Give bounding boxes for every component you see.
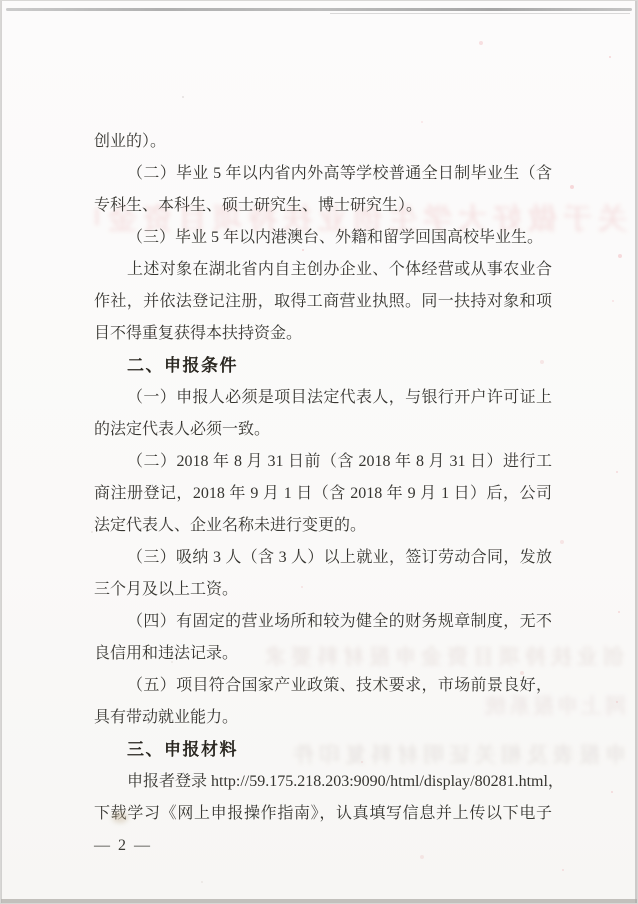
- text-line: 三个月及以上工资。: [94, 574, 552, 606]
- text-line: （一）申报人必须是项目法定代表人，与银行开户许可证上: [94, 382, 552, 414]
- text-line: （三）毕业 5 年以内港澳台、外籍和留学回国高校毕业生。: [94, 222, 552, 254]
- text-line: 的法定代表人必须一致。: [94, 414, 552, 446]
- text-line: （三）吸纳 3 人（含 3 人）以上就业，签订劳动合同，发放: [94, 542, 552, 574]
- text-line: 作社，并依法登记注册，取得工商营业执照。同一扶持对象和项: [94, 286, 552, 318]
- text-line: （二）2018 年 8 月 31 日前（含 2018 年 8 月 31 日）进行…: [94, 446, 552, 478]
- scan-edge-line-secondary: [330, 13, 630, 14]
- text-line: 创业的）。: [94, 126, 552, 158]
- text-line: 专科生、本科生、硕士研究生、博士研究生）。: [94, 190, 552, 222]
- scan-smudge: [112, 812, 128, 823]
- text-line: （四）有固定的营业场所和较为健全的财务规章制度，无不: [94, 606, 552, 638]
- scanned-document-page: 关于做好大学生创业扶持项目资金申报工作的通知 创业扶持项目资金申报材料要求 网上…: [0, 0, 638, 904]
- text-line: 法定代表人、企业名称未进行变更的。: [94, 510, 552, 542]
- scan-edge-line: [6, 8, 632, 11]
- text-line: 商注册登记，2018 年 9 月 1 日（含 2018 年 9 月 1 日）后，…: [94, 478, 552, 510]
- text-line-with-url: 申报者登录 http://59.175.218.203:9090/html/di…: [94, 766, 552, 798]
- page-number: — 2 —: [94, 830, 552, 862]
- text-line: 具有带动就业能力。: [94, 702, 552, 734]
- section-heading-application-materials: 三、申报材料: [94, 734, 552, 766]
- text-line: （五）项目符合国家产业政策、技术要求，市场前景良好，: [94, 670, 552, 702]
- text-line: （二）毕业 5 年以内省内外高等学校普通全日制毕业生（含: [94, 158, 552, 190]
- document-body: 创业的）。 （二）毕业 5 年以内省内外高等学校普通全日制毕业生（含 专科生、本…: [94, 126, 552, 862]
- text-line: 良信用和违法记录。: [94, 638, 552, 670]
- scan-speckles: [0, 0, 2, 2]
- text-line: 目不得重复获得本扶持资金。: [94, 318, 552, 350]
- text-line: 上述对象在湖北省内自主创办企业、个体经营或从事农业合: [94, 254, 552, 286]
- text-line: 下载学习《网上申报操作指南》，认真填写信息并上传以下电子: [94, 798, 552, 830]
- section-heading-application-conditions: 二、申报条件: [94, 350, 552, 382]
